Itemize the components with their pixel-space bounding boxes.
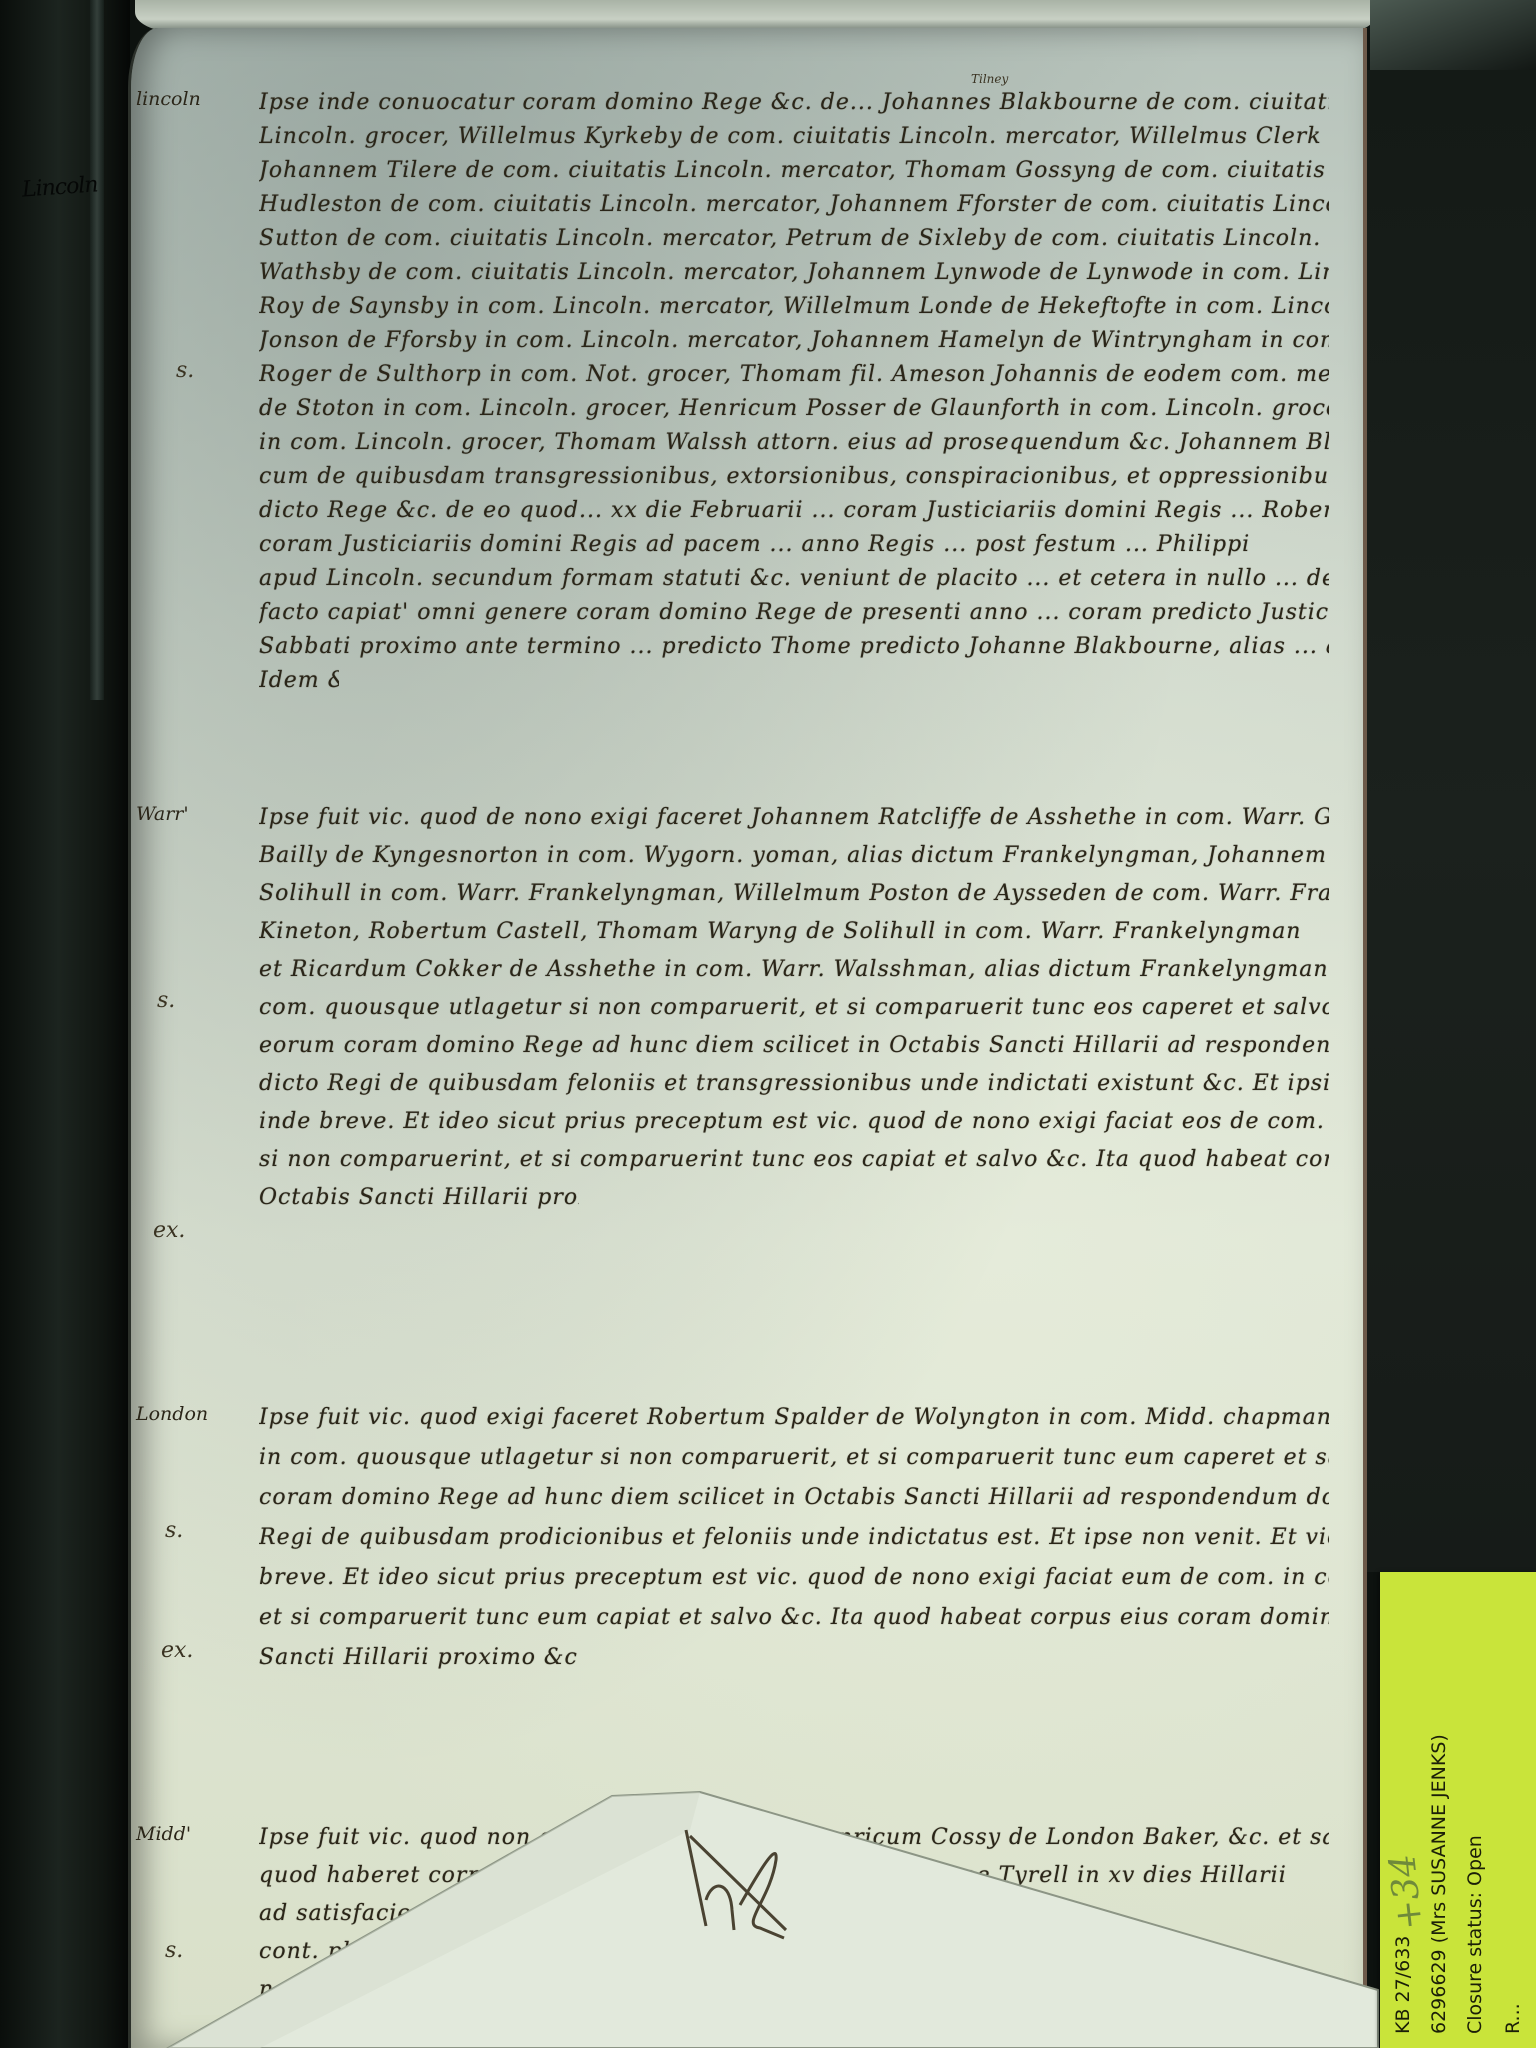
entry-line: Sabbati proximo ante termino ... predict… bbox=[259, 632, 1329, 662]
entry-line: Wathsby de com. ciuitatis Lincoln. merca… bbox=[259, 258, 1329, 288]
entry-line: Ipse fuit vic. quod non omitteret &c. qu… bbox=[259, 1823, 1329, 1853]
entry-line: Johannem Tilere de com. ciuitatis Lincol… bbox=[259, 156, 1329, 186]
entry-line: eorum coram domino Rege ad hunc diem sci… bbox=[259, 1031, 1329, 1061]
margin-mark: s. bbox=[165, 1518, 183, 1543]
rolled-top-corner bbox=[1370, 0, 1536, 70]
entry-line: cont. placitum ... convictus est. Et ips… bbox=[259, 1937, 1329, 1967]
margin-heading: Midd' bbox=[136, 1823, 191, 1845]
entry-line: Sutton de com. ciuitatis Lincoln. mercat… bbox=[259, 224, 1329, 254]
entry-line: quod haberet corpus eius coram domino Re… bbox=[259, 1861, 1329, 1891]
entry-line: et si comparuerit tunc eum capiat et sal… bbox=[259, 1603, 1329, 1633]
adjacent-roll-shadow: Lincoln bbox=[0, 0, 130, 2048]
entry-line: Lincoln. grocer, Willelmus Kyrkeby de co… bbox=[259, 122, 1329, 152]
margin-mark: s. bbox=[176, 358, 194, 383]
entry-line: et Ricardum Cokker de Asshethe in com. W… bbox=[259, 955, 1329, 985]
entry-line: cum de quibusdam transgressionibus, exto… bbox=[259, 462, 1329, 492]
label-closure-status: Closure status: Open bbox=[1464, 1835, 1486, 2034]
entry-line: ... Hilleto bbox=[259, 2013, 1329, 2043]
margin-heading: London bbox=[136, 1403, 208, 1425]
margin-mark: s. bbox=[165, 1938, 183, 1963]
entry-line: Ipse fuit vic. quod exigi faceret Robert… bbox=[259, 1403, 1329, 1433]
entry-line: non venit ... eum de bbox=[259, 1975, 1329, 2005]
entry-line: coram domino Rege ad hunc diem scilicet … bbox=[259, 1483, 1329, 1513]
entry-line: ad satisfaciendum domino ... Thome Walby… bbox=[259, 1899, 1329, 1929]
entry-line: facto capiat' omni genere coram domino R… bbox=[259, 598, 1329, 628]
entry-line: in com. quousque utlagetur si non compar… bbox=[259, 1443, 1329, 1473]
entry-line: Octabis Sancti Hillarii proximo &c. bbox=[259, 1183, 579, 1213]
margin-heading: lincoln bbox=[136, 88, 201, 110]
entry-line: Jonson de Fforsby in com. Lincoln. merca… bbox=[259, 326, 1329, 356]
entry-line: Sancti Hillarii proximo &c. bbox=[259, 1643, 579, 1673]
entry-line: Roger de Sulthorp in com. Not. grocer, T… bbox=[259, 360, 1329, 390]
entry-line: Solihull in com. Warr. Frankelyngman, Wi… bbox=[259, 879, 1329, 909]
entry-line: Idem &c. bbox=[259, 666, 339, 696]
entry-line: Bailly de Kyngesnorton in com. Wygorn. y… bbox=[259, 841, 1329, 871]
parchment-membrane: lincoln Tilney s. Ipse inde conuocatur c… bbox=[128, 28, 1367, 2048]
entry-line: inde breve. Et ideo sicut prius preceptu… bbox=[259, 1107, 1329, 1137]
interlinear-note: Tilney bbox=[971, 72, 1008, 86]
roll-edge-mark: Lincoln bbox=[21, 172, 98, 202]
margin-mark: ex. bbox=[161, 1638, 193, 1663]
entry-line: Roy de Saynsby in com. Lincoln. mercator… bbox=[259, 292, 1329, 322]
margin-mark: s. bbox=[157, 988, 175, 1013]
label-reference: KB 27/633 bbox=[1392, 1936, 1414, 2034]
archive-label: KB 27/633 +34 6296629 (Mrs SUSANNE JENKS… bbox=[1380, 1572, 1536, 2048]
entry-line: Hudleston de com. ciuitatis Lincoln. mer… bbox=[259, 190, 1329, 220]
label-truncated-line: R... bbox=[1502, 2003, 1524, 2034]
entry-line: Regi de quibusdam prodicionibus et felon… bbox=[259, 1523, 1329, 1553]
label-handwritten-number: +34 bbox=[1382, 1852, 1431, 1932]
entry-line: coram Justiciariis domini Regis ad pacem… bbox=[259, 530, 1329, 560]
entry-line: com. quousque utlagetur si non comparuer… bbox=[259, 993, 1329, 1023]
entry-line: de Stoton in com. Lincoln. grocer, Henri… bbox=[259, 394, 1329, 424]
entry-line: in com. Lincoln. grocer, Thomam Walssh a… bbox=[259, 428, 1329, 458]
roll-edge-highlight bbox=[90, 0, 104, 700]
margin-mark: ex. bbox=[153, 1218, 185, 1243]
label-order: 6296629 (Mrs SUSANNE JENKS) bbox=[1428, 1734, 1450, 2034]
entry-line: breve. Et ideo sicut prius preceptum est… bbox=[259, 1563, 1329, 1593]
entry-line: si non comparuerint, et si comparuerint … bbox=[259, 1145, 1329, 1175]
entry-line: dicto Rege &c. de eo quod... xx die Febr… bbox=[259, 496, 1329, 526]
entry-line: Ipse fuit vic. quod de nono exigi facere… bbox=[259, 803, 1329, 833]
margin-heading: Warr' bbox=[136, 803, 189, 825]
entry-line: Ipse inde conuocatur coram domino Rege &… bbox=[259, 88, 1329, 118]
entry-line: Kineton, Robertum Castell, Thomam Waryng… bbox=[259, 917, 1329, 947]
entry-line: apud Lincoln. secundum formam statuti &c… bbox=[259, 564, 1329, 594]
background-strip bbox=[1360, 70, 1536, 1572]
entry-line: dicto Regi de quibusdam feloniis et tran… bbox=[259, 1069, 1329, 1099]
